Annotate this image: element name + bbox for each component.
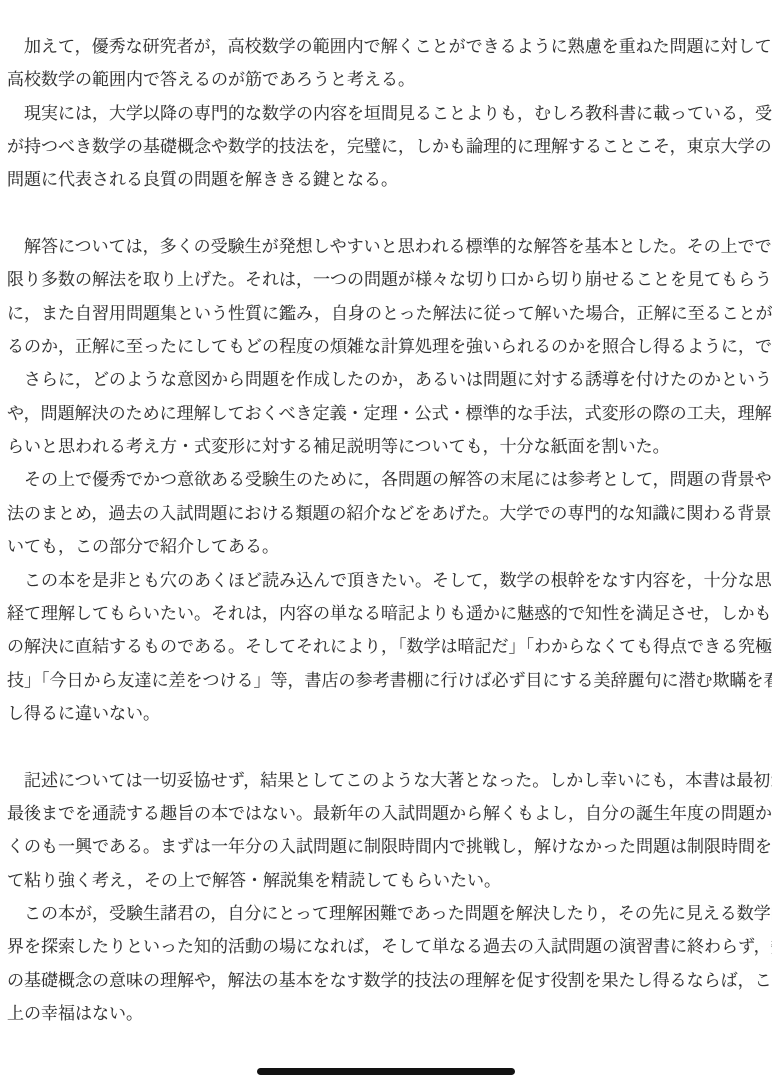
text-line: に，また自習用問題集という性質に鑑み，自身のとった解法に従って解いた場合，正解に… <box>7 297 772 330</box>
text-line: の基礎概念の意味の理解や，解法の基本をなす数学的技法の理解を促す役割を果たし得る… <box>7 964 772 997</box>
text-line: 高校数学の範囲内で答えるのが筋であろうと考える。 <box>7 63 772 96</box>
text-line: 法のまとめ，過去の入試問題における類題の紹介などをあげた。大学での専門的な知識に… <box>7 497 772 530</box>
text-line: その上で優秀でかつ意欲ある受験生のために，各問題の解答の末尾には参考として，問題… <box>7 463 772 496</box>
document-page: 加えて，優秀な研究者が，高校数学の範囲内で解くことができるように熟慮を重ねた問題… <box>0 0 772 1080</box>
text-line: らいと思われる考え方・式変形に対する補足説明等についても，十分な紙面を割いた。 <box>7 430 772 463</box>
text-line: 上の幸福はない。 <box>7 997 772 1030</box>
text-line: の解決に直結するものである。そしてそれにより，「数学は暗記だ」「わからなくても得… <box>7 630 772 663</box>
text-line: や，問題解決のために理解しておくべき定義・定理・公式・標準的な手法，式変形の際の… <box>7 397 772 430</box>
text-line: 経て理解してもらいたい。それは，内容の単なる暗記よりも遥かに魅惑的で知性を満足さ… <box>7 597 772 630</box>
text-line: いても，この部分で紹介してある。 <box>7 530 772 563</box>
text-line: が持つべき数学の基礎概念や数学的技法を，完璧に，しかも論理的に理解することこそ，… <box>7 130 772 163</box>
text-line: 加えて，優秀な研究者が，高校数学の範囲内で解くことができるように熟慮を重ねた問題… <box>7 30 772 63</box>
text-line: るのか，正解に至ったにしてもどの程度の煩雑な計算処理を強いられるのかを照合し得る… <box>7 330 772 363</box>
home-indicator-bar[interactable] <box>257 1068 515 1075</box>
text-line: 解答については，多くの受験生が発想しやすいと思われる標準的な解答を基本とした。そ… <box>7 230 772 263</box>
text-line: 技」「今日から友達に差をつける」等，書店の参考書棚に行けば必ず目にする美辞麗句に… <box>7 664 772 697</box>
text-line: 界を探索したりといった知的活動の場になれば，そして単なる過去の入試問題の演習書に… <box>7 930 772 963</box>
text-line: し得るに違いない。 <box>7 697 772 730</box>
text-line: 限り多数の解法を取り上げた。それは，一つの問題が様々な切り口から切り崩せることを… <box>7 263 772 296</box>
text-line: この本を是非とも穴のあくほど読み込んで頂きたい。そして，数学の根幹をなす内容を，… <box>7 564 772 597</box>
text-line: 問題に代表される良質の問題を解ききる鍵となる。 <box>7 163 772 196</box>
text-line: さらに，どのような意図から問題を作成したのか，あるいは問題に対する誘導を付けたの… <box>7 363 772 396</box>
text-line: 現実には，大学以降の専門的な数学の内容を垣間見ることよりも，むしろ教科書に載って… <box>7 97 772 130</box>
text-line: くのも一興である。まずは一年分の入試問題に制限時間内で挑戦し，解けなかった問題は… <box>7 830 772 863</box>
preface-text-block: 加えて，優秀な研究者が，高校数学の範囲内で解くことができるように熟慮を重ねた問題… <box>7 30 772 1030</box>
text-line: て粘り強く考え，その上で解答・解説集を精読してもらいたい。 <box>7 864 772 897</box>
text-line: 最後までを通読する趣旨の本ではない。最新年の入試問題から解くもよし，自分の誕生年… <box>7 797 772 830</box>
text-line: 記述については一切妥協せず，結果としてこのような大著となった。しかし幸いにも，本… <box>7 764 772 797</box>
text-line: この本が，受験生諸君の，自分にとって理解困難であった問題を解決したり，その先に見… <box>7 897 772 930</box>
